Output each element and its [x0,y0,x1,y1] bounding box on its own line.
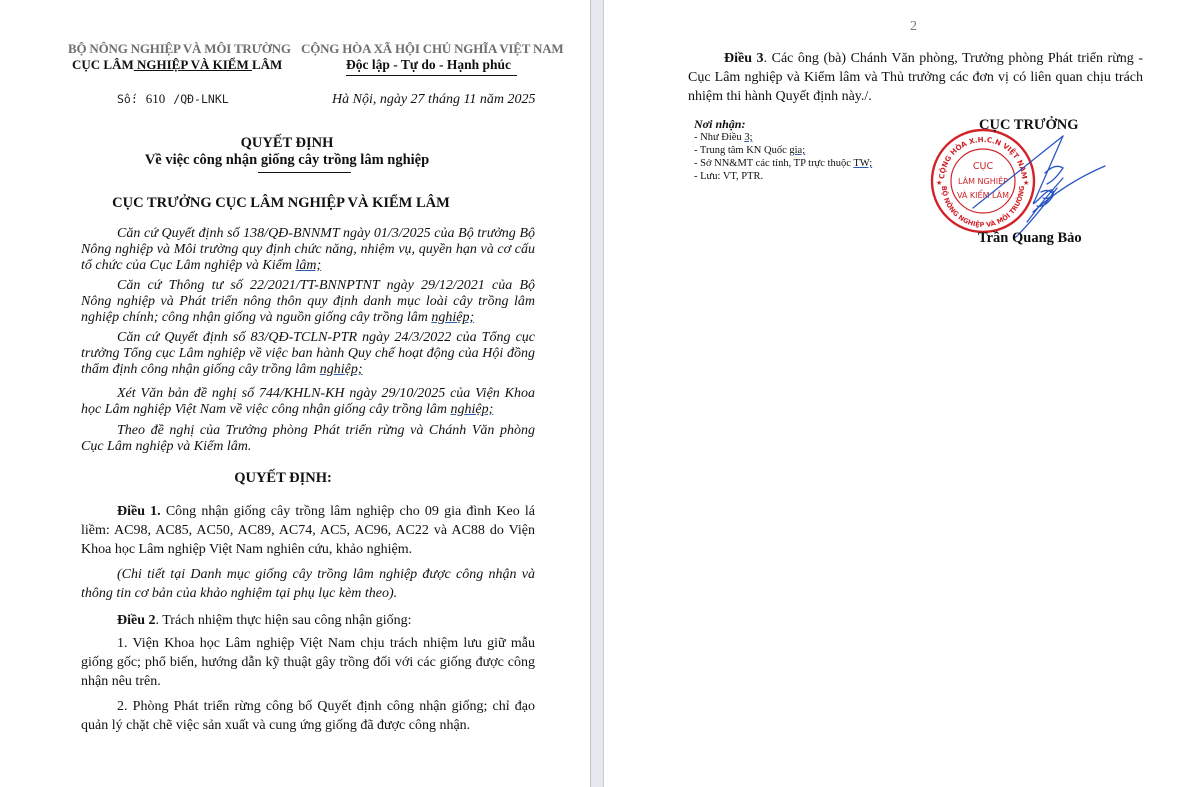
document-number: Số: 610 /QĐ-LNKL [117,90,229,108]
recipient-item: - Trung tâm KN Quốc gia; [694,144,872,157]
country-name: CỘNG HÒA XÃ HỘI CHỦ NGHĨA VIỆT NAM [301,41,564,57]
article-3: Điều 3. Các ông (bà) Chánh Văn phòng, Tr… [688,49,1143,106]
document-type: QUYẾT ĐỊNH [0,135,582,152]
place-date: Hà Nội, ngày 27 tháng 11 năm 2025 [332,92,536,108]
subject-underline [258,172,351,173]
agency-parent: BỘ NÔNG NGHIỆP VÀ MÔI TRƯỜNG [68,41,291,57]
document-page-2: 2 Điều 3. Các ông (bà) Chánh Văn phòng, … [605,0,1195,787]
decision-heading: QUYẾT ĐỊNH: [0,470,578,487]
document-page-1: BỘ NÔNG NGHIỆP VÀ MÔI TRƯỜNG CỤC LÂM NGH… [0,0,590,787]
recipient-item: - Sở NN&MT các tỉnh, TP trực thuộc TW; [694,157,872,170]
recipients-block: Nơi nhận: - Như Điều 3;- Trung tâm KN Qu… [694,118,872,183]
article-1-note: (Chi tiết tại Danh mục giống cây trồng l… [81,565,535,603]
agency-name: CỤC LÂM NGHIỆP VÀ KIỂM LÂM [72,57,282,73]
motto-underline [346,75,517,76]
page-gap [590,0,604,787]
article-2-item-2: 2. Phòng Phát triển rừng công bố Quyết đ… [81,697,535,735]
authority-heading: CỤC TRƯỞNG CỤC LÂM NGHIỆP VÀ KIỂM LÂM [0,195,576,212]
article-2: Điều 2. Trách nhiệm thực hiện sau công n… [81,611,535,630]
document-subject: Về việc công nhận giống cây trồng lâm ng… [0,152,582,169]
signature-icon [945,128,1110,238]
svg-text:★: ★ [936,179,942,187]
legal-basis-3: Căn cứ Quyết định số 83/QĐ-TCLN-PTR ngày… [81,330,535,378]
article-2-item-1: 1. Viện Khoa học Lâm nghiệp Việt Nam chị… [81,634,535,691]
doc-number-value: 610 [146,91,166,106]
legal-basis-1: Căn cứ Quyết định số 138/QĐ-BNNMT ngày 0… [81,226,535,274]
article-1: Điều 1. Công nhận giống cây trồng lâm ng… [81,502,535,559]
national-motto: Độc lập - Tự do - Hạnh phúc [346,57,511,73]
page-number: 2 [910,19,917,35]
legal-basis-5: Theo đề nghị của Trưởng phòng Phát triển… [81,423,535,455]
legal-basis-2: Căn cứ Thông tư số 22/2021/TT-BNNPTNT ng… [81,278,535,326]
signer-name: Trần Quang Bảo [978,230,1082,247]
legal-basis-4: Xét Văn bản đề nghị số 744/KHLN-KH ngày … [81,386,535,418]
recipient-item: - Lưu: VT, PTR. [694,170,872,183]
recipients-label: Nơi nhận: [694,118,872,131]
recipient-item: - Như Điều 3; [694,131,872,144]
